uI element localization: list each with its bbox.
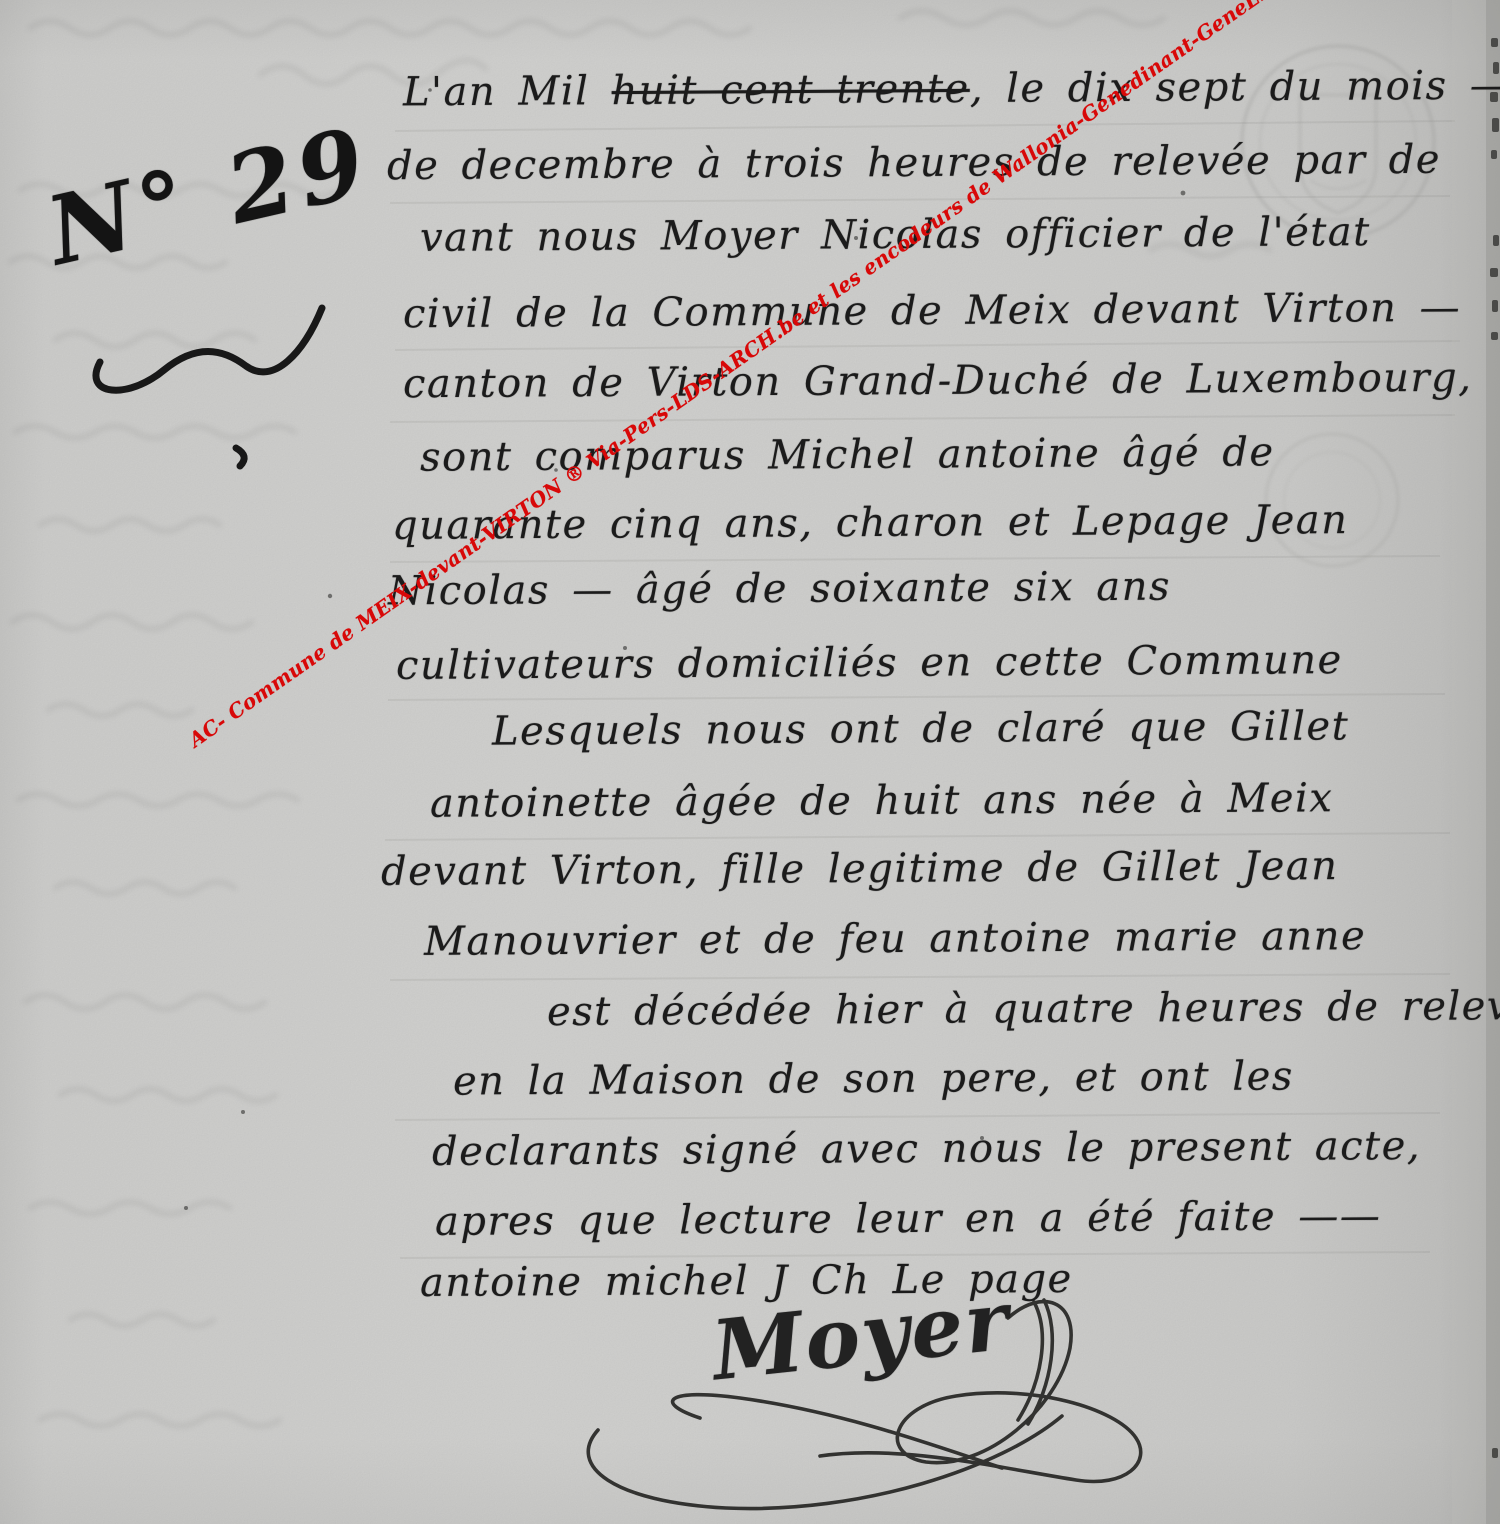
handwritten-line-11: antoinette âgée de huit ans née à Meix xyxy=(430,775,1334,827)
handwritten-line-1: L'an Mil huit cent trente, le dix sept d… xyxy=(403,63,1500,116)
handwritten-line-6: sont comparus Michel antoine âgé de xyxy=(420,429,1275,480)
line1-prefix: L'an Mil xyxy=(403,68,612,115)
handwritten-line-12: devant Virton, fille legitime de Gillet … xyxy=(381,843,1339,895)
handwritten-line-10: Lesquels nous ont de claré que Gillet xyxy=(492,703,1349,754)
scanned-death-record-page: N° 29 L'an Mil huit cent trente, le dix … xyxy=(0,0,1500,1524)
handwritten-line-2: de decembre à trois heures de relevée pa… xyxy=(387,137,1441,189)
line1-suffix: , le dix sept du mois — xyxy=(970,63,1500,112)
handwritten-line-14: est décédée hier à quatre heures de rele… xyxy=(547,983,1500,1035)
handwritten-line-9: cultivateurs domiciliés en cette Commune xyxy=(396,637,1343,689)
handwritten-line-15: en la Maison de son pere, et ont les xyxy=(453,1053,1294,1104)
handwritten-line-4: civil de la Commune de Meix devant Virto… xyxy=(403,285,1461,337)
line1-struck-words: huit cent trente xyxy=(612,66,970,114)
handwritten-line-16: declarants signé avec nous le present ac… xyxy=(432,1123,1421,1175)
handwritten-line-17: apres que lecture leur en a été faite —— xyxy=(435,1193,1382,1245)
handwritten-line-5: canton de Virton Grand-Duché de Luxembou… xyxy=(403,355,1473,408)
handwritten-line-8: Nicolas — âgé de soixante six ans xyxy=(388,564,1171,615)
scan-edge-right xyxy=(1452,0,1500,1524)
handwritten-line-13: Manouvrier et de feu antoine marie anne xyxy=(424,913,1366,965)
